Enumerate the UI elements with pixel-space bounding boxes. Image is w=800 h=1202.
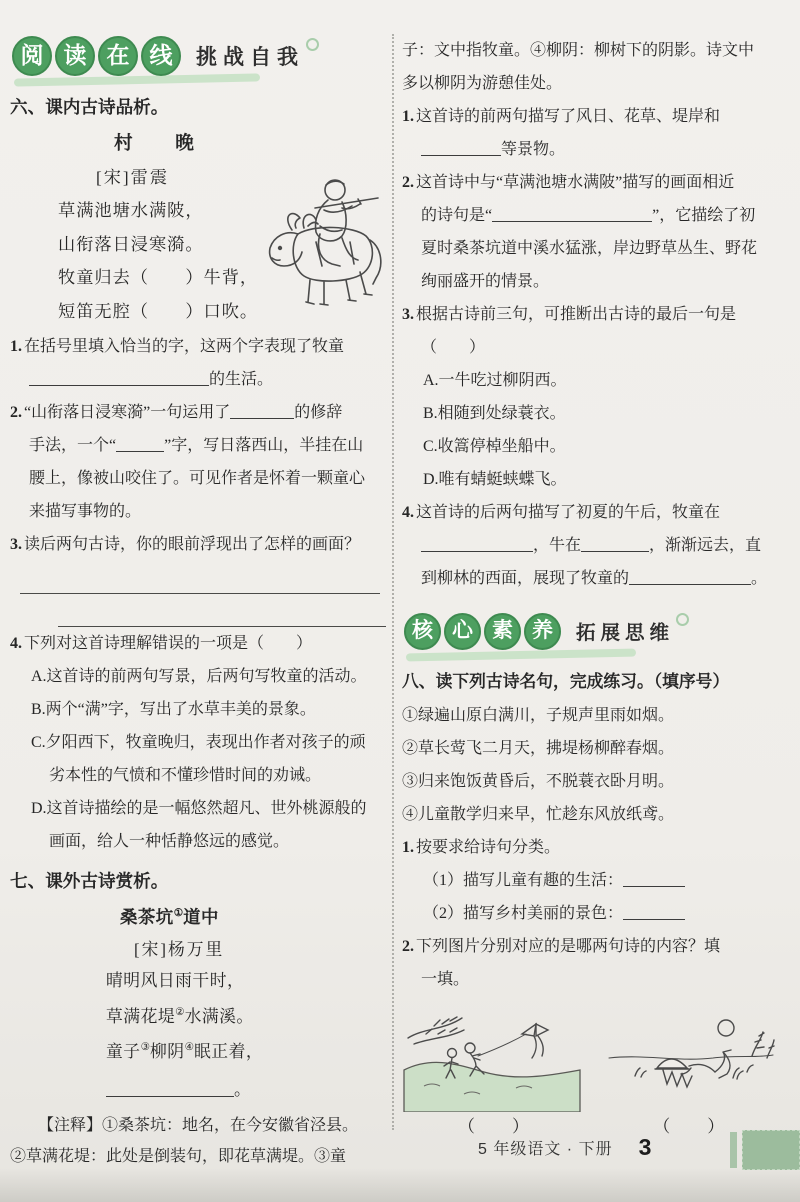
note-marker: ④ bbox=[185, 1042, 194, 1053]
question-1-line: 的生活。 bbox=[10, 363, 388, 396]
ring-decoration-icon bbox=[676, 613, 689, 626]
section-8-heading: 八、读下列古诗名句，完成练习。（填序号） bbox=[402, 665, 782, 699]
poem-line-blank: 。 bbox=[106, 1074, 388, 1106]
poem-text: 草满花堤 bbox=[106, 1007, 175, 1026]
question-text: 的诗句是“ bbox=[421, 207, 492, 224]
sub-question-1: 1.按要求给诗句分类。 （1）描写儿童有趣的生活： （2）描写乡村美丽的景色： bbox=[402, 831, 782, 930]
question-text: 等景物。 bbox=[501, 141, 565, 158]
question-text: 这首诗的后两句描写了初夏的午后，牧童在 bbox=[416, 504, 720, 521]
column-divider bbox=[392, 34, 394, 1130]
poem-line: 童子③柳阴④眠正着， bbox=[106, 1032, 388, 1068]
fill-in-blank bbox=[623, 904, 685, 920]
question-number: 1. bbox=[10, 338, 22, 355]
footer-green-block bbox=[742, 1130, 800, 1170]
question-text: （2）描写乡村美丽的景色： bbox=[423, 905, 623, 922]
badge-subtitle: 拓展思维 bbox=[576, 617, 674, 645]
left-column: 阅 读 在 线 挑战自我 六、课内古诗品析。 村 晚 [宋]雷震 草满池塘水满陂… bbox=[10, 32, 388, 1172]
question-2-line: 手法，一个“”字，写日落西山，半挂在山 bbox=[10, 429, 388, 462]
question-text: 一填。 bbox=[421, 971, 469, 988]
poem-sangchakeng-title: 桑茶坑①道中 bbox=[120, 898, 388, 934]
question-text: ”，它描绘了初 bbox=[652, 207, 755, 224]
badge-circle-char: 在 bbox=[98, 36, 138, 76]
question-text: 来描写事物的。 bbox=[29, 503, 141, 520]
poem-quote-list: ①绿遍山原白满川，子规声里雨如烟。 ②草长莺飞二月天，拂堤杨柳醉春烟。 ③归来饱… bbox=[402, 699, 782, 831]
fill-in-blank bbox=[230, 403, 294, 419]
page-footer: 5 年级语文 · 下册 3 bbox=[478, 1134, 651, 1161]
poem-quote: ①绿遍山原白满川，子规声里雨如烟。 bbox=[402, 699, 782, 732]
reading-online-badge: 阅 读 在 线 挑战自我 bbox=[12, 32, 388, 80]
badge-circle-char: 心 bbox=[444, 613, 481, 650]
question-text: 这首诗的前两句描写了风日、花草、堤岸和 bbox=[416, 108, 720, 125]
question-number: 1. bbox=[402, 108, 414, 125]
question-4-line: 到柳林的西面，展现了牧童的。 bbox=[402, 562, 782, 595]
question-1-line: 1.在括号里填入恰当的字，这两个字表现了牧童 bbox=[10, 330, 388, 363]
question-text: 下列对这首诗理解错误的一项是（ ） bbox=[24, 635, 312, 652]
question-3-line: 3.根据古诗前三句，可推断出古诗的最后一句是 bbox=[402, 298, 782, 331]
answer-line bbox=[20, 561, 380, 594]
badge-circle-char: 线 bbox=[141, 36, 181, 76]
badge-wave-decoration bbox=[406, 649, 636, 662]
option-d-continued: 画面，给人一种恬静悠远的感觉。 bbox=[10, 825, 388, 858]
option-c: C.夕阳西下，牧童晚归，表现出作者对孩子的顽 bbox=[10, 726, 388, 759]
question-text: ”字，写日落西山，半挂在山 bbox=[164, 437, 363, 454]
question-text: 夏时桑茶坑道中溪水猛涨，岸边野草丛生、野花 bbox=[421, 240, 757, 257]
cowherd-on-buffalo-illustration bbox=[258, 168, 390, 310]
question-3-line: 3.读后两句古诗，你的眼前浮现出了怎样的画面？ bbox=[10, 528, 388, 561]
badge-circle-char: 读 bbox=[55, 36, 95, 76]
question-1-line: 1.这首诗的前两句描写了风日、花草、堤岸和 bbox=[402, 100, 782, 133]
question-2-line: 腰上，像被山咬住了。可见作者是怀着一颗童心 bbox=[10, 462, 388, 495]
answer-parentheses: （ ） bbox=[653, 1117, 725, 1136]
question-text: 根据古诗前三句，可推断出古诗的最后一句是 bbox=[416, 306, 736, 323]
question-text: 的修辞 bbox=[294, 404, 342, 421]
note-line: 【注释】①桑茶坑：地名，在今安徽省泾县。 bbox=[10, 1111, 388, 1142]
fill-in-blank bbox=[581, 536, 649, 552]
question-text: 的生活。 bbox=[209, 371, 273, 388]
option-d: D.这首诗描绘的是一幅悠然超凡、世外桃源般的 bbox=[10, 792, 388, 825]
question-4-line: ，牛在，渐渐远去，直 bbox=[402, 529, 782, 562]
illustration-row bbox=[402, 1004, 782, 1112]
option-b: B.相随到处绿蓑衣。 bbox=[402, 397, 782, 430]
question-2-line: 2.“山衔落日浸寒漪”一句运用了的修辞 bbox=[10, 396, 388, 429]
poem-quote: ③归来饱饭黄昏后，不脱蓑衣卧月明。 bbox=[402, 765, 782, 798]
note-marker: ① bbox=[174, 908, 183, 919]
badge-wave-decoration bbox=[14, 73, 260, 86]
answer-line bbox=[58, 594, 386, 627]
page-number: 3 bbox=[639, 1134, 652, 1161]
question-text: （1）描写儿童有趣的生活： bbox=[423, 872, 623, 889]
poem-text: 童子 bbox=[106, 1042, 141, 1061]
right-column: 子：文中指牧童。④柳阴：柳树下的阴影。诗文中 多以柳阴为游憩佳处。 1.这首诗的… bbox=[402, 32, 782, 1137]
sub-question-2-line: 2.下列图片分别对应的是哪两句诗的内容？填 bbox=[402, 930, 782, 963]
fill-in-blank bbox=[421, 140, 501, 156]
question-number: 4. bbox=[402, 504, 414, 521]
question-2-line: 绚丽盛开的情景。 bbox=[402, 265, 782, 298]
question-text: 。 bbox=[751, 570, 767, 587]
question-number: 2. bbox=[402, 174, 414, 191]
title-text: 道中 bbox=[183, 907, 219, 927]
worksheet-page: 阅 读 在 线 挑战自我 六、课内古诗品析。 村 晚 [宋]雷震 草满池塘水满陂… bbox=[0, 0, 800, 1202]
note-continuation: 子：文中指牧童。④柳阴：柳树下的阴影。诗文中 bbox=[402, 34, 782, 67]
question-text: 到柳林的西面，展现了牧童的 bbox=[421, 570, 629, 587]
option-c: C.收篙停棹坐船中。 bbox=[402, 430, 782, 463]
poem-notes: 【注释】①桑茶坑：地名，在今安徽省泾县。 ②草满花堤：此处是倒装句，即花草满堤。… bbox=[10, 1111, 388, 1172]
fill-in-blank bbox=[623, 871, 685, 887]
question-number: 2. bbox=[402, 938, 414, 955]
question-text: 这首诗中与“草满池塘水满陂”描写的画面相近 bbox=[416, 174, 734, 191]
badge-circle-char: 养 bbox=[524, 613, 561, 650]
question-3-line: （ ） bbox=[402, 331, 782, 364]
question-text: 读后两句古诗，你的眼前浮现出了怎样的画面？ bbox=[24, 536, 360, 553]
badge-circle-char: 素 bbox=[484, 613, 521, 650]
question-4-line: 4.下列对这首诗理解错误的一项是（ ） bbox=[10, 627, 388, 660]
question-1-line: 等景物。 bbox=[402, 133, 782, 166]
sub-question-1-line: 1.按要求给诗句分类。 bbox=[402, 831, 782, 864]
question-1: 1.在括号里填入恰当的字，这两个字表现了牧童 的生活。 bbox=[10, 330, 388, 396]
question-2-line: 夏时桑茶坑道中溪水猛涨，岸边野草丛生、野花 bbox=[402, 232, 782, 265]
question-text: 手法，一个“ bbox=[29, 437, 116, 454]
question-number: 2. bbox=[10, 404, 22, 421]
core-literacy-badge: 核 心 素 养 拓展思维 bbox=[404, 607, 782, 655]
question-4: 4.下列对这首诗理解错误的一项是（ ） A.这首诗的前两句写景，后两句写牧童的活… bbox=[10, 627, 388, 858]
fill-in-blank bbox=[629, 569, 751, 585]
option-a: A.这首诗的前两句写景，后两句写牧童的活动。 bbox=[10, 660, 388, 693]
question-4: 4.这首诗的后两句描写了初夏的午后，牧童在 ，牛在，渐渐远去，直 到柳林的西面，… bbox=[402, 496, 782, 595]
question-3: 3.根据古诗前三句，可推断出古诗的最后一句是 （ ） A.一牛吃过柳阴西。 B.… bbox=[402, 298, 782, 496]
poem-line: 晴明风日雨干时， bbox=[106, 965, 388, 997]
poem-quote: ④儿童散学归来早，忙趁东风放纸鸢。 bbox=[402, 798, 782, 831]
question-text: “山衔落日浸寒漪”一句运用了 bbox=[24, 404, 230, 421]
classify-item-1: （1）描写儿童有趣的生活： bbox=[402, 864, 782, 897]
badge-circle-char: 核 bbox=[404, 613, 441, 650]
option-b: B.两个“满”字，写出了水草丰美的景象。 bbox=[10, 693, 388, 726]
poem-quote: ②草长莺飞二月天，拂堤杨柳醉春烟。 bbox=[402, 732, 782, 765]
badge-subtitle: 挑战自我 bbox=[196, 41, 304, 71]
poem-text: 水满溪。 bbox=[185, 1007, 254, 1026]
children-flying-kite-illustration bbox=[402, 1004, 582, 1112]
question-text: 下列图片分别对应的是哪两句诗的内容？填 bbox=[416, 938, 720, 955]
poem-sangchakeng-author: [宋]杨万里 bbox=[134, 934, 388, 966]
question-number: 4. bbox=[10, 635, 22, 652]
poem-sangchakeng: 桑茶坑①道中 [宋]杨万里 晴明风日雨干时， 草满花堤②水满溪。 童子③柳阴④眠… bbox=[106, 898, 388, 1105]
footer-green-strip bbox=[730, 1132, 737, 1168]
answer-parentheses: （ ） bbox=[421, 339, 485, 356]
sub-question-2: 2.下列图片分别对应的是哪两句诗的内容？填 一填。 bbox=[402, 930, 782, 996]
fill-in-blank bbox=[421, 536, 533, 552]
question-number: 1. bbox=[402, 839, 414, 856]
question-2: 2.“山衔落日浸寒漪”一句运用了的修辞 手法，一个“”字，写日落西山，半挂在山 … bbox=[10, 396, 388, 528]
fill-in-blank bbox=[106, 1081, 234, 1097]
classify-item-2: （2）描写乡村美丽的景色： bbox=[402, 897, 782, 930]
poem-line: 草满花堤②水满溪。 bbox=[106, 997, 388, 1033]
badge-circle-char: 阅 bbox=[12, 36, 52, 76]
fill-in-blank bbox=[492, 206, 652, 222]
poem-cunwan-title: 村 晚 bbox=[114, 127, 388, 161]
option-d: D.唯有蜻蜓蛱蝶飞。 bbox=[402, 463, 782, 496]
question-text: ，牛在 bbox=[533, 537, 581, 554]
poem-text: 柳阴 bbox=[150, 1042, 185, 1061]
question-number: 3. bbox=[10, 536, 22, 553]
question-2-line: 的诗句是“”，它描绘了初 bbox=[402, 199, 782, 232]
sub-question-2-line: 一填。 bbox=[402, 963, 782, 996]
question-text: 腰上，像被山咬住了。可见作者是怀着一颗童心 bbox=[29, 470, 365, 487]
fill-in-blank bbox=[116, 436, 164, 452]
question-2-line: 来描写事物的。 bbox=[10, 495, 388, 528]
note-marker: ③ bbox=[141, 1042, 150, 1053]
poem-text: 眠正着， bbox=[194, 1042, 263, 1061]
section-6-heading: 六、课内古诗品析。 bbox=[10, 90, 388, 124]
question-4-line: 4.这首诗的后两句描写了初夏的午后，牧童在 bbox=[402, 496, 782, 529]
book-title-label: 5 年级语文 · 下册 bbox=[478, 1136, 613, 1159]
scan-shadow bbox=[0, 1168, 800, 1202]
question-text: 在括号里填入恰当的字，这两个字表现了牧童 bbox=[24, 338, 344, 355]
poem-text: 。 bbox=[234, 1080, 251, 1099]
question-3: 3.读后两句古诗，你的眼前浮现出了怎样的画面？ bbox=[10, 528, 388, 627]
section-7-heading: 七、课外古诗赏析。 bbox=[10, 864, 388, 898]
fill-in-blank bbox=[29, 370, 209, 386]
question-text: 绚丽盛开的情景。 bbox=[421, 273, 549, 290]
note-marker: ② bbox=[175, 1007, 184, 1018]
title-text: 桑茶坑 bbox=[120, 907, 174, 927]
question-text: 按要求给诗句分类。 bbox=[416, 839, 560, 856]
question-number: 3. bbox=[402, 306, 414, 323]
ring-decoration-icon bbox=[306, 38, 319, 51]
question-1: 1.这首诗的前两句描写了风日、花草、堤岸和 等景物。 bbox=[402, 100, 782, 166]
question-2-line: 2.这首诗中与“草满池塘水满陂”描写的画面相近 bbox=[402, 166, 782, 199]
question-text: ，渐渐远去，直 bbox=[649, 537, 761, 554]
note-continuation: 多以柳阴为游憩佳处。 bbox=[402, 67, 782, 100]
question-2: 2.这首诗中与“草满池塘水满陂”描写的画面相近 的诗句是“”，它描绘了初 夏时桑… bbox=[402, 166, 782, 298]
option-c-continued: 劣本性的气愤和不懂珍惜时间的劝诫。 bbox=[10, 759, 388, 792]
option-a: A.一牛吃过柳阴西。 bbox=[402, 364, 782, 397]
child-sleeping-in-raincoat-illustration bbox=[604, 1012, 776, 1106]
